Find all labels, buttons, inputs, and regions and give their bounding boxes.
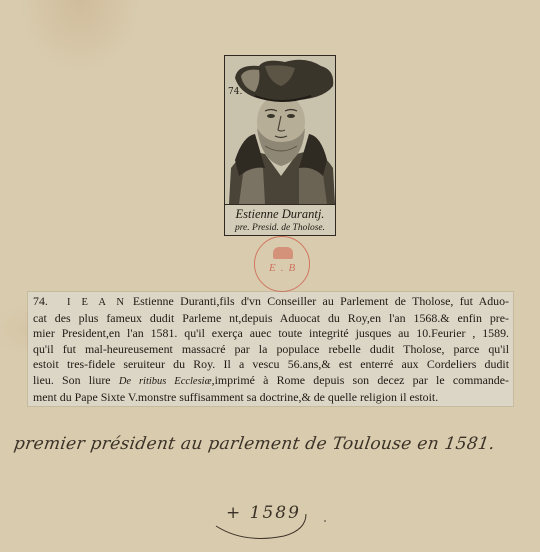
portrait-caption: Estienne Durantj. pre. Presid. de Tholos… (225, 204, 335, 236)
entry-line-text: ,imprimé à Rome depuis son decez par le … (212, 373, 509, 387)
entry-line-7: ment du Pape Sixte V.monstre suffisammen… (33, 390, 509, 406)
crown-icon (273, 247, 293, 259)
handwritten-note: premier président au parlement de Toulou… (13, 434, 497, 454)
plate-number: 74. (228, 87, 242, 97)
caption-title: pre. Presid. de Tholose. (225, 222, 335, 234)
entry-line-2: cat des plus fameux dudit Parleme nt,dep… (33, 311, 509, 327)
book-title: De ritibus Ecclesiæ (119, 376, 212, 387)
entry-line-5: estoit tres-fidele seruiteur du Roy. Il … (33, 357, 509, 373)
portrait-engraving: 74. Estienne Durantj. pre. Presid. de Th… (224, 55, 336, 236)
entry-line-1: 74. I E A N Estienne Duranti,fils d'vn C… (33, 294, 509, 311)
entry-line-text: lieu. Son liure (33, 373, 119, 387)
stamp-letters: E.B (269, 262, 300, 274)
entry-line-4: qu'il fut mal-heureusement massacré par … (33, 342, 509, 358)
library-stamp: E.B (254, 236, 310, 292)
caption-name: Estienne Durantj. (225, 206, 335, 222)
entry-number: 74. (33, 294, 48, 308)
entry-line-6: lieu. Son liure De ritibus Ecclesiæ,impr… (33, 373, 509, 390)
entry-line-text: Estienne Duranti,fils d'vn Conseiller au… (133, 294, 509, 308)
entry-line-3: mier President,en l'an 1581. qu'il exerç… (33, 326, 509, 342)
printed-biography-slip: 74. I E A N Estienne Duranti,fils d'vn C… (28, 292, 513, 406)
underline-swash-icon (214, 508, 314, 544)
portrait-figure-icon (225, 56, 336, 204)
ink-dot (324, 520, 326, 522)
entry-first-name: I E A N (67, 297, 126, 308)
